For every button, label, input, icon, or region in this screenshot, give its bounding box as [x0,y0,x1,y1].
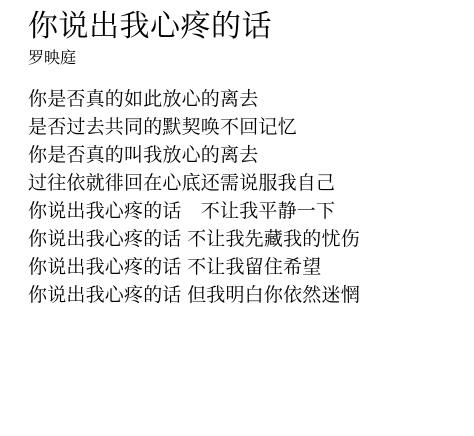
lyric-line: 你说出我心疼的话 不让我先藏我的忧伤 [28,226,458,254]
lyric-line: 你说出我心疼的话 不让我平静一下 [28,198,458,226]
lyrics: 你是否真的如此放心的离去 是否过去共同的默契唤不回记忆 你是否真的叫我放心的离去… [28,86,458,310]
artist-name: 罗映庭 [28,48,458,70]
lyric-line: 你说出我心疼的话 但我明白你依然迷惘 [28,282,458,310]
lyric-line: 你说出我心疼的话 不让我留住希望 [28,254,458,282]
lyric-line: 是否过去共同的默契唤不回记忆 [28,114,458,142]
lyric-line: 过往依就徘回在心底还需说服我自己 [28,170,458,198]
lyric-line: 你是否真的如此放心的离去 [28,86,458,114]
lyric-line: 你是否真的叫我放心的离去 [28,142,458,170]
page-title: 你说出我心疼的话 [28,8,458,46]
document-page: 你说出我心疼的话 罗映庭 你是否真的如此放心的离去 是否过去共同的默契唤不回记忆… [0,0,474,436]
